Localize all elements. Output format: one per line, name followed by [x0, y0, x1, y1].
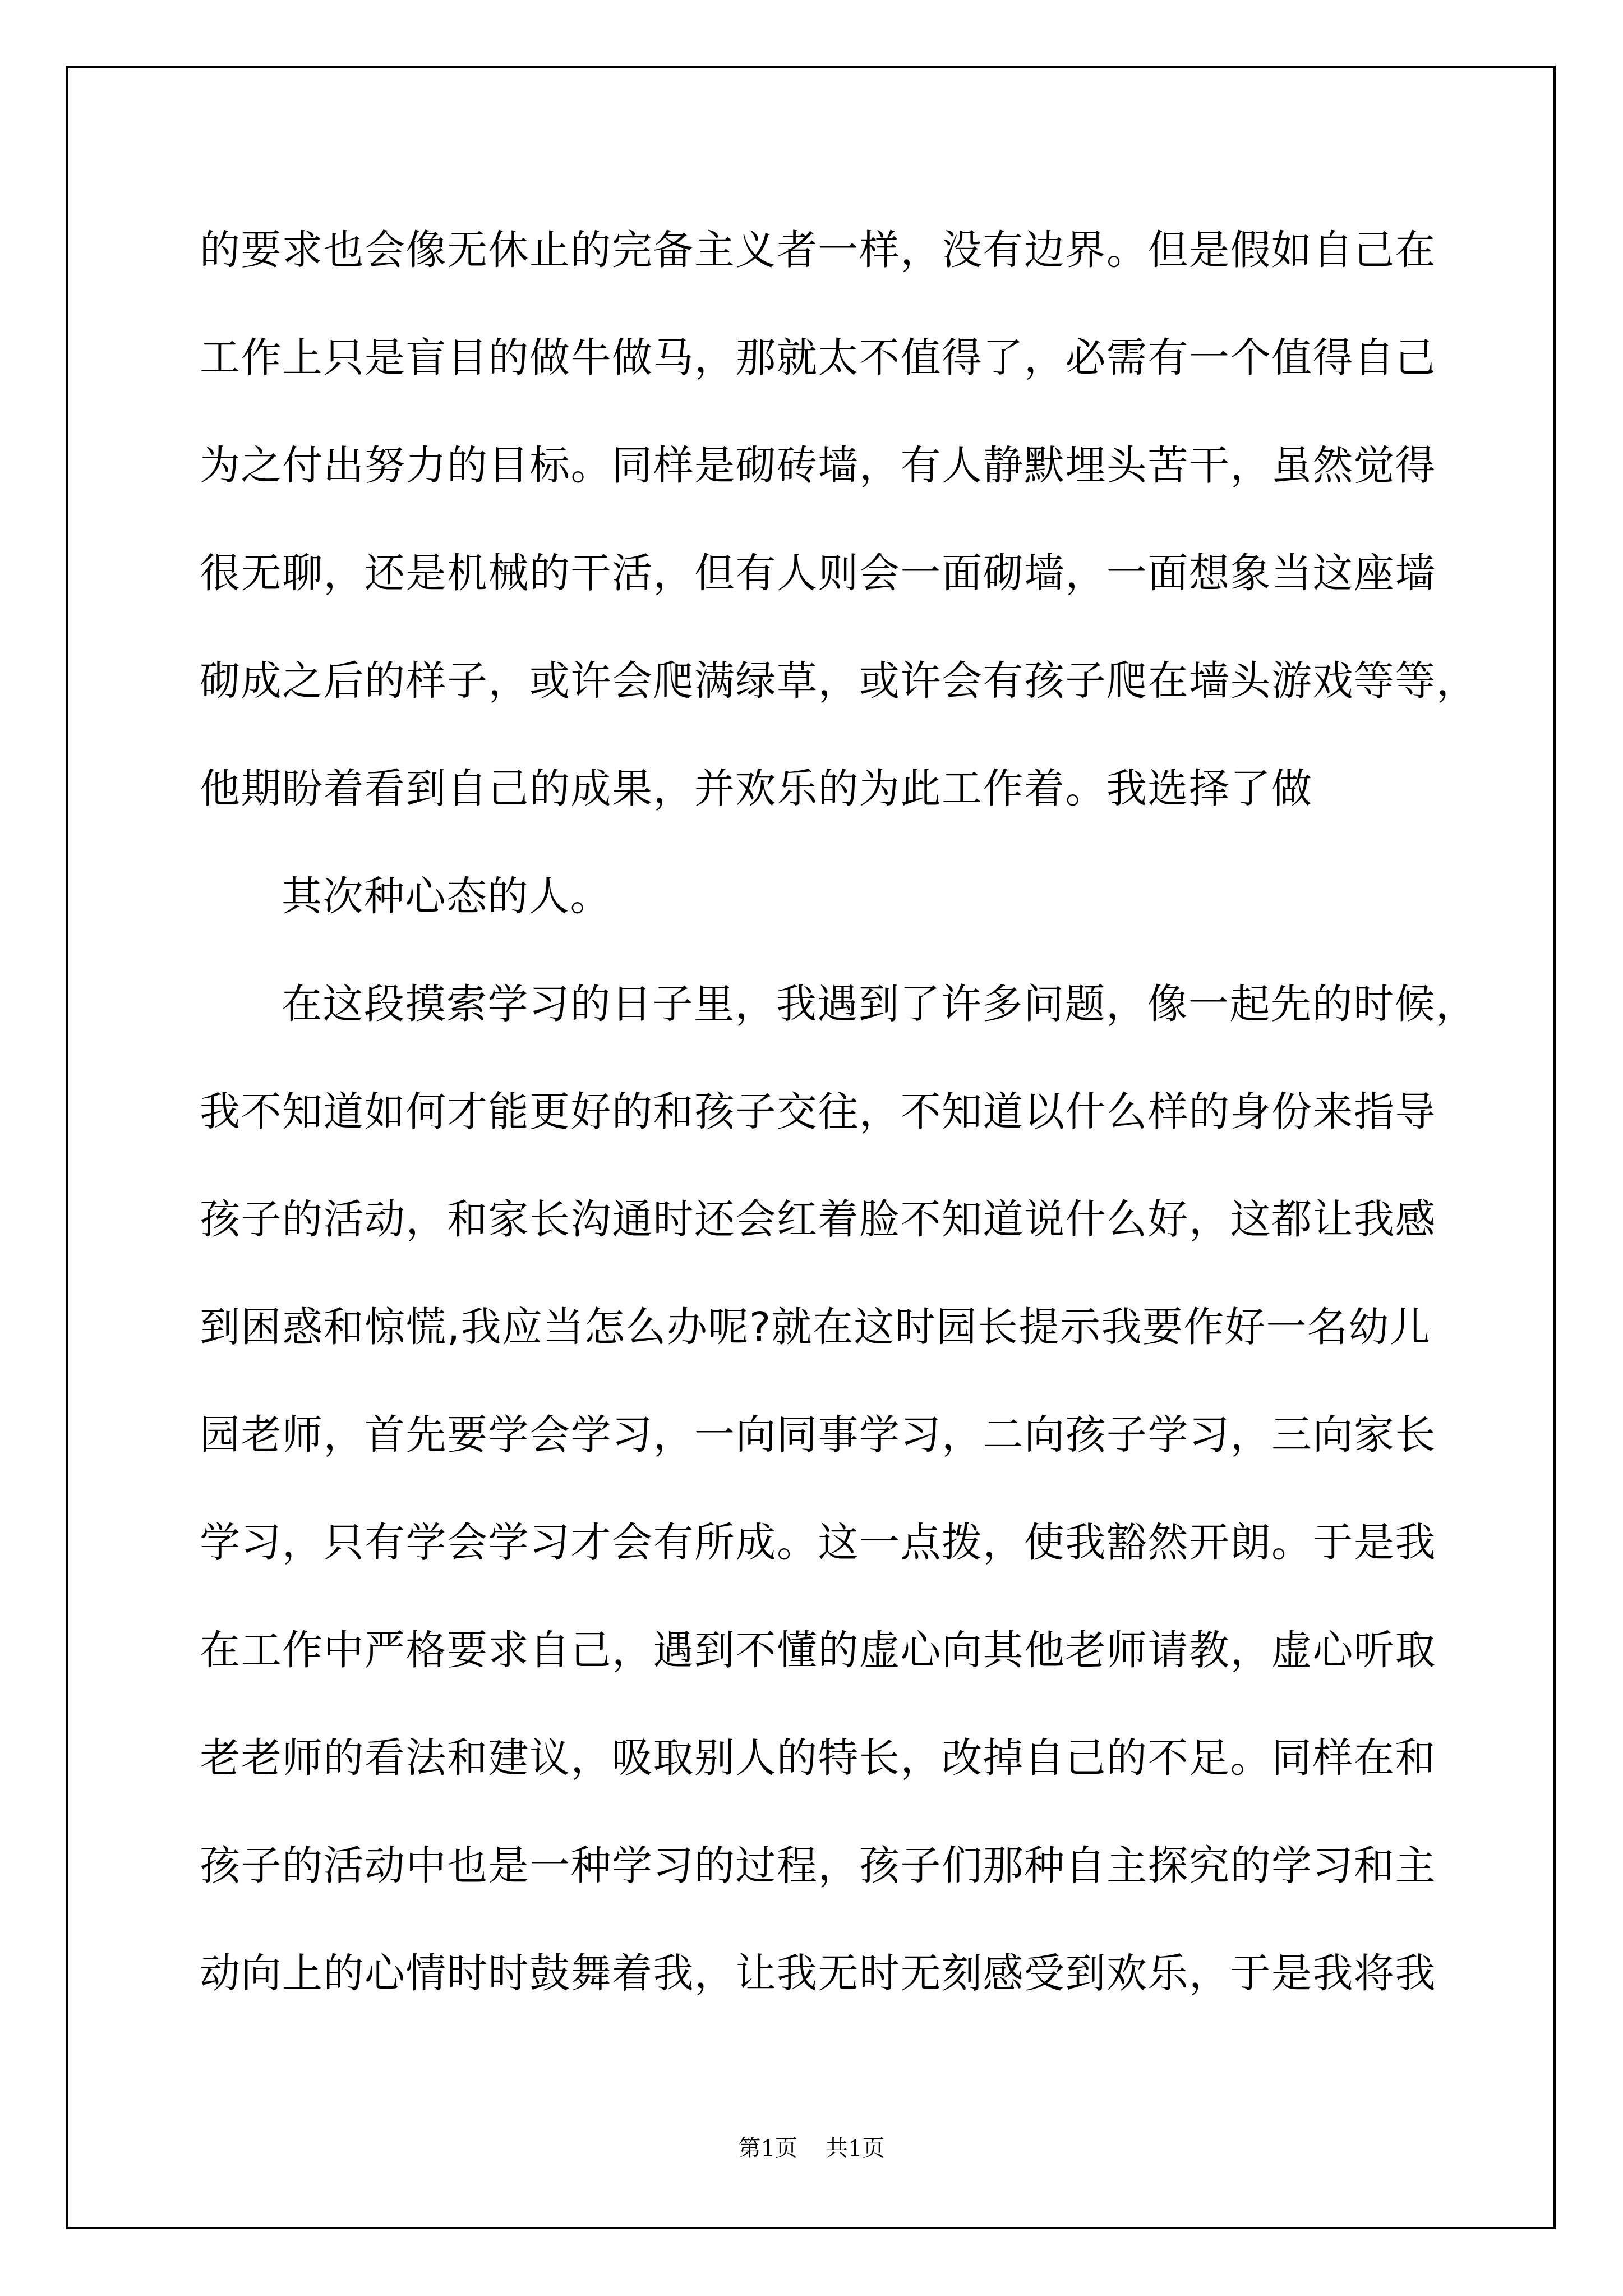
document-body: 的要求也会像无休止的完备主义者一样，没有边界。但是假如自己在 工作上只是盲目的做… — [200, 222, 1433, 2053]
page-number-total: 共1页 — [826, 2132, 884, 2165]
text-line: 很无聊，还是机械的干活，但有人则会一面砌墙，一面想象当这座墙 — [200, 545, 1433, 652]
paragraph-start-line: 其次种心态的人。 — [200, 868, 1433, 976]
text-line: 在工作中严格要求自己，遇到不懂的虚心向其他老师请教，虚心听取 — [200, 1622, 1433, 1729]
text-line: 学习，只有学会学习才会有所成。这一点拨，使我豁然开朗。于是我 — [200, 1514, 1433, 1622]
text-line: 为之付出努力的目标。同样是砌砖墙，有人静默埋头苦干，虽然觉得 — [200, 437, 1433, 545]
text-line: 他期盼着看到自己的成果，并欢乐的为此工作着。我选择了做 — [200, 760, 1433, 868]
text-line: 老老师的看法和建议，吸取别人的特长，改掉自己的不足。同样在和 — [200, 1729, 1433, 1837]
text-line: 孩子的活动，和家长沟通时还会红着脸不知道说什么好，这都让我感 — [200, 1191, 1433, 1299]
text-line: 到困惑和惊慌,我应当怎么办呢?就在这时园长提示我要作好一名幼儿 — [200, 1299, 1433, 1406]
text-line: 园老师，首先要学会学习，一向同事学习，二向孩子学习，三向家长 — [200, 1406, 1433, 1514]
text-line: 我不知道如何才能更好的和孩子交往，不知道以什么样的身份来指导 — [200, 1083, 1433, 1191]
page-footer: 第1页共1页 — [0, 2132, 1623, 2165]
page-number-current: 第1页 — [739, 2132, 797, 2165]
text-line: 孩子的活动中也是一种学习的过程，孩子们那种自主探究的学习和主 — [200, 1837, 1433, 1945]
text-line: 砌成之后的样子，或许会爬满绿草，或许会有孩子爬在墙头游戏等等， — [200, 652, 1433, 760]
paragraph-start-line: 在这段摸索学习的日子里，我遇到了许多问题，像一起先的时候， — [200, 976, 1433, 1083]
text-line: 动向上的心情时时鼓舞着我，让我无时无刻感受到欢乐，于是我将我 — [200, 1945, 1433, 2053]
text-line: 工作上只是盲目的做牛做马，那就太不值得了，必需有一个值得自己 — [200, 329, 1433, 437]
text-line: 的要求也会像无休止的完备主义者一样，没有边界。但是假如自己在 — [200, 222, 1433, 329]
